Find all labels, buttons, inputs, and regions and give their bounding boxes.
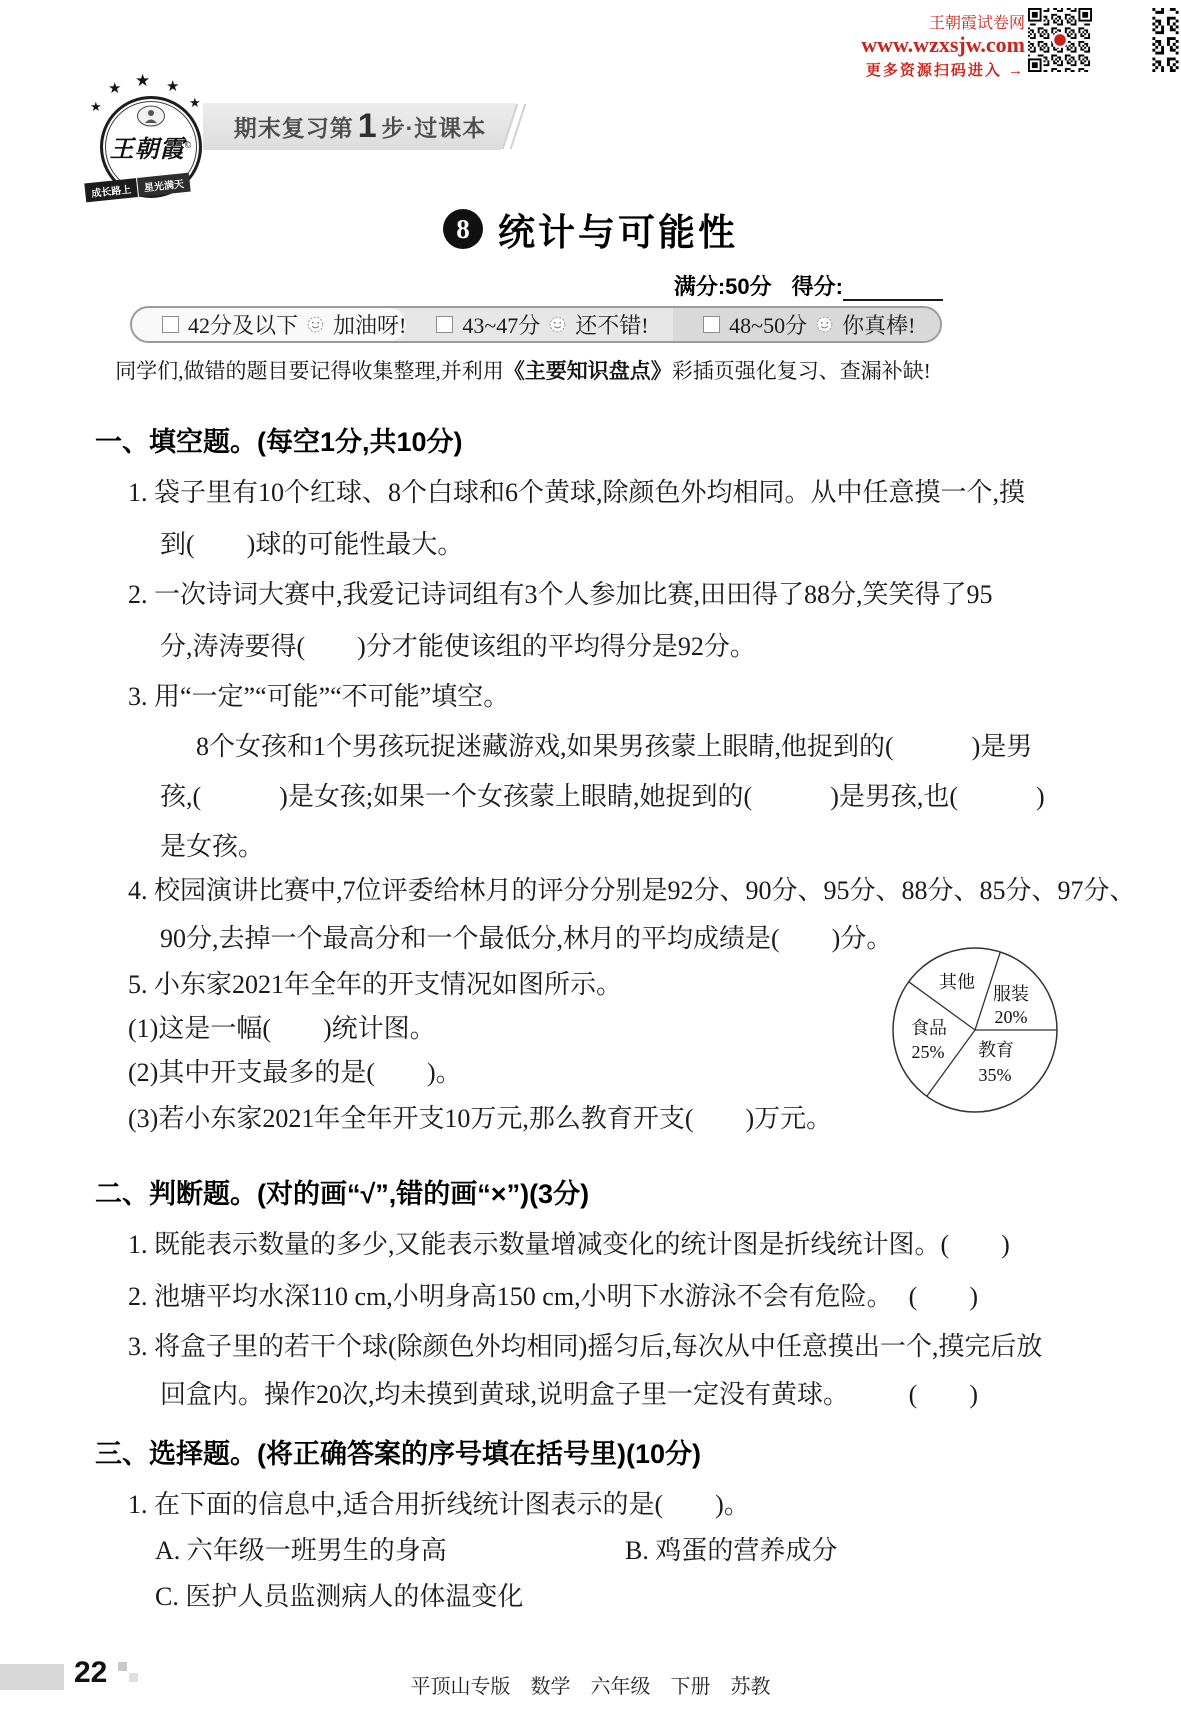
- score-label: 得分:: [792, 270, 843, 301]
- score-field: 得分:: [792, 270, 943, 301]
- qr-code-icon: [1028, 8, 1092, 72]
- smiley-icon: [549, 316, 566, 333]
- score-checkbox[interactable]: [703, 316, 720, 333]
- score-blank-line: [843, 275, 943, 301]
- star-icon: ★: [90, 100, 102, 113]
- logo-name-text: 王朝霞: [110, 137, 185, 163]
- question-line: (3)若小东家2021年全年开支10万元,那么教育开支( )万元。: [128, 1098, 832, 1135]
- question-line: 1. 在下面的信息中,适合用折线统计图表示的是( )。: [128, 1484, 750, 1521]
- option-b: B. 鸡蛋的营养成分: [625, 1530, 837, 1567]
- score-band-remark: 还不错!: [575, 309, 648, 340]
- pie-value-clothing: 20%: [995, 1007, 1028, 1027]
- full-score-label: 满分:50分: [674, 270, 772, 301]
- star-icon: ★: [166, 80, 179, 95]
- question-line: 90分,去掉一个最高分和一个最低分,林月的平均成绩是( )分。: [160, 918, 892, 955]
- judge-text: 回盒内。操作20次,均未摸到黄球,说明盒子里一定没有黄球。: [160, 1374, 849, 1411]
- section3-heading: 三、选择题。(将正确答案的序号填在括号里)(10分): [95, 1432, 701, 1471]
- option-c: C. 医护人员监测病人的体温变化: [155, 1576, 523, 1613]
- header-strip: 期末复习第1步·过课本: [203, 103, 517, 150]
- judge-item: 2. 池塘平均水深110 cm,小明身高150 cm,小明下水游泳不会有危险。 …: [128, 1276, 978, 1313]
- score-band-remark: 你真棒!: [842, 309, 915, 340]
- footer-edition-info: 平顶山专版 数学 六年级 下册 苏教: [0, 1670, 1181, 1699]
- logo-ribbon: 成长路上星光满天: [84, 173, 190, 203]
- brand-logo: ★ ★ ★ ★ ★ 王朝霞© 成长路上星光满天: [88, 70, 212, 208]
- score-checkbox[interactable]: [436, 316, 453, 333]
- option-a: A. 六年级一班男生的身高: [155, 1530, 447, 1567]
- brand-qr-caption: 更多资源扫码进入 →: [820, 59, 1025, 80]
- page-title-row: 8 统计与可能性: [0, 202, 1181, 256]
- pie-value-food: 25%: [912, 1042, 945, 1062]
- question-line: (1)这是一幅( )统计图。: [128, 1008, 436, 1045]
- score-band-mid: 43~47分 还不错!: [406, 308, 673, 341]
- brand-site-url: www.wzxsjw.com: [820, 33, 1025, 57]
- star-icon: ★: [135, 72, 150, 89]
- brand-site-name: 王朝霞试卷网: [820, 10, 1025, 33]
- pie-value-education: 35%: [979, 1065, 1012, 1085]
- section2-heading: 二、判断题。(对的画“√”,错的画“×”)(3分): [95, 1172, 589, 1211]
- question-line: 5. 小东家2021年全年的开支情况如图所示。: [128, 964, 622, 1001]
- page-title: 统计与可能性: [498, 202, 738, 256]
- star-icon: ★: [189, 96, 201, 109]
- pie-label-education: 教育: [978, 1040, 1014, 1060]
- ribbon-left-text: 成长路上: [84, 178, 138, 202]
- score-band-range: 42分及以下: [188, 309, 298, 340]
- judge-text: 1. 既能表示数量的多少,又能表示数量增减变化的统计图是折线统计图。: [128, 1224, 941, 1261]
- header-strip-text: 期末复习第1步·过课本: [203, 103, 517, 150]
- score-header: 满分:50分 得分:: [640, 270, 943, 301]
- notice-bold: 《主要知识盘点》: [504, 360, 672, 383]
- question-line: 1. 袋子里有10个红球、8个白球和6个黄球,除颜色外均相同。从中任意摸一个,摸: [128, 472, 1025, 509]
- worksheet-page: 王朝霞试卷网 www.wzxsjw.com 更多资源扫码进入 → ★ ★ ★ ★…: [0, 0, 1181, 1730]
- notice-line: 同学们,做错的题目要记得收集整理,并利用《主要知识盘点》彩插页强化复习、查漏补缺…: [110, 355, 936, 385]
- logo-name: 王朝霞©: [103, 129, 199, 164]
- answer-paren: ( ): [909, 1374, 978, 1411]
- question-line: 4. 校园演讲比赛中,7位评委给林月的评分分别是92分、90分、95分、88分、…: [128, 870, 1136, 907]
- ribbon-right-text: 星光满天: [136, 173, 191, 197]
- pie-chart: 其他 服装 20% 食品 25% 教育 35%: [878, 938, 1078, 1123]
- copyright-mark: ©: [185, 140, 193, 150]
- judge-text: 2. 池塘平均水深110 cm,小明身高150 cm,小明下水游泳不会有危险。: [128, 1276, 893, 1313]
- portrait-icon: [136, 105, 166, 127]
- score-checkbox[interactable]: [162, 316, 179, 333]
- star-icon: ★: [108, 82, 121, 97]
- score-band-range: 43~47分: [462, 309, 540, 340]
- pie-label-food: 食品: [911, 1018, 947, 1038]
- question-line: 到( )球的可能性最大。: [160, 524, 463, 561]
- smiley-icon: [816, 316, 833, 333]
- question-line: 分,涛涛要得( )分才能使该组的平均得分是92分。: [160, 626, 756, 663]
- score-bands: 42分及以下 加油呀! 43~47分 还不错! 48~50分: [130, 306, 942, 343]
- unit-number-badge: 8: [443, 209, 483, 249]
- edge-qr-fragment-icon: [1152, 8, 1179, 72]
- strip-step-number: 1: [356, 107, 380, 146]
- judge-item: 1. 既能表示数量的多少,又能表示数量增减变化的统计图是折线统计图。 ( ): [128, 1224, 978, 1261]
- notice-post: 彩插页强化复习、查漏补缺!: [672, 359, 931, 383]
- smiley-icon: [307, 316, 324, 333]
- strip-prefix: 期末复习第: [234, 110, 354, 143]
- answer-paren: ( ): [909, 1276, 978, 1313]
- notice-pre: 同学们,做错的题目要记得收集整理,并利用: [115, 359, 504, 383]
- pie-label-clothing: 服装: [993, 984, 1029, 1004]
- question-line: 是女孩。: [160, 826, 264, 863]
- section1-heading: 一、填空题。(每空1分,共10分): [95, 420, 463, 459]
- question-line: 孩,( )是女孩;如果一个女孩蒙上眼睛,她捉到的( )是男孩,也( ): [160, 776, 1045, 813]
- question-line: 2. 一次诗词大赛中,我爱记诗词组有3个人参加比赛,田田得了88分,笑笑得了95: [128, 574, 993, 611]
- score-band-high: 48~50分 你真棒!: [673, 308, 940, 341]
- question-line: 3. 用“一定”“可能”“不可能”填空。: [128, 676, 509, 713]
- answer-paren: ( ): [941, 1224, 1010, 1261]
- score-band-range: 48~50分: [729, 309, 807, 340]
- score-band-low: 42分及以下 加油呀!: [132, 308, 406, 341]
- score-band-remark: 加油呀!: [333, 309, 406, 340]
- strip-suffix: 步·过课本: [382, 110, 487, 143]
- question-line: 8个女孩和1个男孩玩捉迷藏游戏,如果男孩蒙上眼睛,他捉到的( )是男: [196, 726, 1032, 763]
- judge-item: 回盒内。操作20次,均未摸到黄球,说明盒子里一定没有黄球。 ( ): [160, 1374, 978, 1411]
- brand-block: 王朝霞试卷网 www.wzxsjw.com 更多资源扫码进入 →: [820, 10, 1025, 80]
- pie-label-other: 其他: [939, 972, 975, 992]
- judge-text: 3. 将盒子里的若干个球(除颜色外均相同)摇匀后,每次从中任意摸出一个,摸完后放: [128, 1326, 1042, 1363]
- question-line: (2)其中开支最多的是( )。: [128, 1052, 462, 1089]
